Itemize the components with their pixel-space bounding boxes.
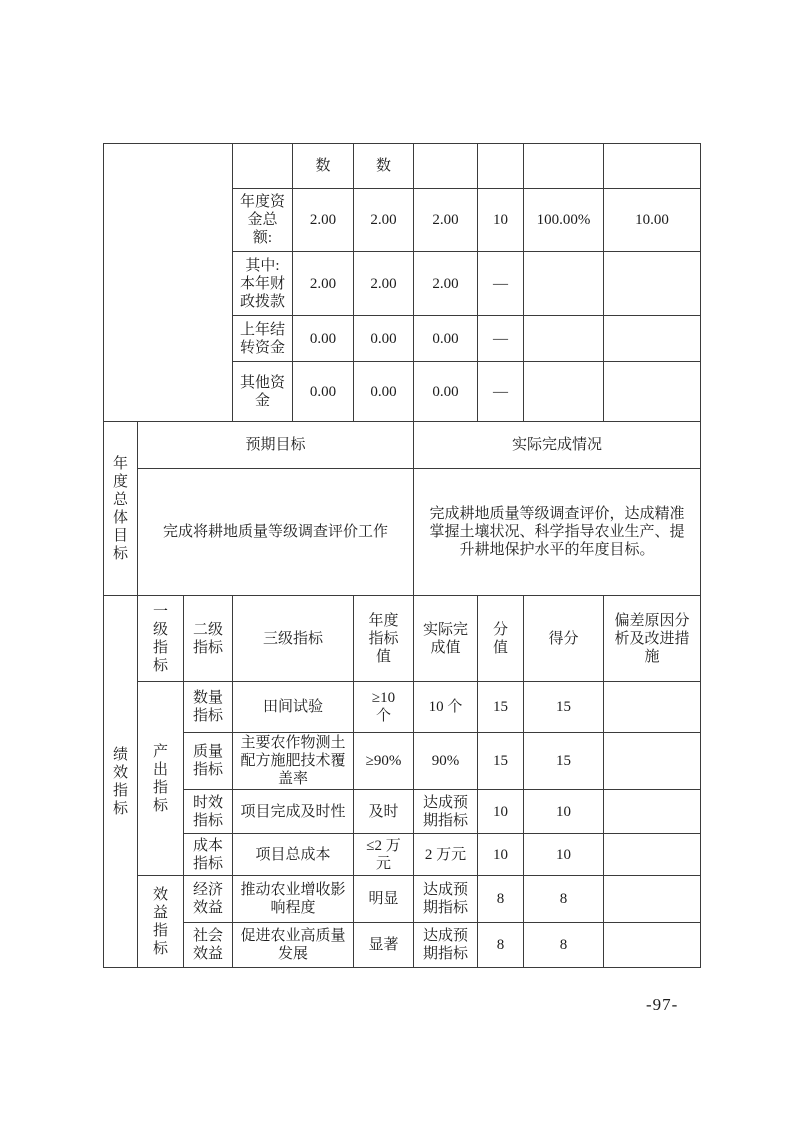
deviation-cell [604, 733, 701, 790]
target-cell: 显著 [354, 923, 414, 968]
points-cell: 15 [524, 682, 604, 733]
funding-points [604, 316, 701, 362]
level2-cell: 经济 效益 [184, 876, 233, 923]
document-page: 数 数 年度资 金总 额: 2.00 2.00 2.00 10 100.00% … [0, 0, 794, 1122]
score-cell: 15 [478, 682, 524, 733]
deviation-cell [604, 876, 701, 923]
actual-cell: 2 万元 [414, 834, 478, 876]
actual-cell: 90% [414, 733, 478, 790]
performance-report-table: 数 数 年度资 金总 额: 2.00 2.00 2.00 10 100.00% … [103, 143, 701, 968]
actual-cell: 达成预 期指标 [414, 923, 478, 968]
carryover-label-cell [233, 144, 293, 189]
deviation-cell [604, 923, 701, 968]
score-cell: 10 [478, 834, 524, 876]
header-level3: 三级指标 [233, 596, 354, 682]
partial-header-execution: 数 [354, 144, 414, 189]
level3-cell: 推动农业增收影 响程度 [233, 876, 354, 923]
funding-rate: 100.00% [524, 189, 604, 252]
deviation-cell [604, 682, 701, 733]
funding-row-label-other: 其他资 金 [233, 362, 293, 422]
points-cell: 8 [524, 923, 604, 968]
funding-rate [524, 362, 604, 422]
funding-score: — [478, 362, 524, 422]
deviation-cell [604, 790, 701, 834]
funding-row-label-fiscal: 其中: 本年财 政拨款 [233, 252, 293, 316]
level3-cell: 田间试验 [233, 682, 354, 733]
funding-value: 0.00 [354, 362, 414, 422]
funding-points: 10.00 [604, 189, 701, 252]
empty-cell [524, 144, 604, 189]
actual-cell: 达成预 期指标 [414, 790, 478, 834]
funding-rate [524, 252, 604, 316]
level3-cell: 项目总成本 [233, 834, 354, 876]
score-cell: 8 [478, 923, 524, 968]
header-actual: 实际完 成值 [414, 596, 478, 682]
funding-value: 0.00 [293, 362, 354, 422]
deviation-cell [604, 834, 701, 876]
target-cell: 及时 [354, 790, 414, 834]
actual-completion-text: 完成耕地质量等级调查评价，达成精准 掌握土壤状况、科学指导农业生产、提 升耕地保… [414, 469, 701, 596]
level1-group-benefit: 效 益 指 标 [138, 876, 184, 968]
funding-row-label-carryover: 上年结 转资金 [233, 316, 293, 362]
funding-value: 0.00 [414, 316, 478, 362]
points-cell: 15 [524, 733, 604, 790]
funding-value: 2.00 [293, 189, 354, 252]
level3-cell: 项目完成及时性 [233, 790, 354, 834]
actual-cell: 10 个 [414, 682, 478, 733]
score-cell: 8 [478, 876, 524, 923]
partial-header-budget: 数 [293, 144, 354, 189]
expected-goal-text: 完成将耕地质量等级调查评价工作 [138, 469, 414, 596]
points-cell: 8 [524, 876, 604, 923]
funding-value: 0.00 [293, 316, 354, 362]
level2-cell: 数量 指标 [184, 682, 233, 733]
funding-points [604, 252, 701, 316]
funding-rate [524, 316, 604, 362]
annual-goal-label: 年 度 总 体 目 标 [104, 422, 138, 596]
target-cell: ≥90% [354, 733, 414, 790]
header-level2: 二级 指标 [184, 596, 233, 682]
performance-section-label: 绩 效 指 标 [104, 596, 138, 968]
points-cell: 10 [524, 790, 604, 834]
funding-value: 0.00 [354, 316, 414, 362]
header-target: 年度 指标 值 [354, 596, 414, 682]
page-number: -97- [646, 995, 678, 1015]
header-level1: 一 级 指 标 [138, 596, 184, 682]
points-cell: 10 [524, 834, 604, 876]
level2-cell: 质量 指标 [184, 733, 233, 790]
level2-cell: 社会 效益 [184, 923, 233, 968]
actual-cell: 达成预 期指标 [414, 876, 478, 923]
funding-row-label-total: 年度资 金总 额: [233, 189, 293, 252]
target-cell: ≤2 万 元 [354, 834, 414, 876]
level1-group-output: 产 出 指 标 [138, 682, 184, 876]
funding-value: 2.00 [354, 189, 414, 252]
funding-value: 2.00 [414, 252, 478, 316]
header-points: 得分 [524, 596, 604, 682]
target-cell: 明显 [354, 876, 414, 923]
funding-value: 2.00 [414, 189, 478, 252]
funding-score: — [478, 316, 524, 362]
funding-value: 0.00 [414, 362, 478, 422]
funding-score: 10 [478, 189, 524, 252]
empty-cell [604, 144, 701, 189]
score-cell: 15 [478, 733, 524, 790]
funding-value: 2.00 [354, 252, 414, 316]
carryover-left-cell [104, 144, 233, 422]
level3-cell: 主要农作物测土 配方施肥技术覆 盖率 [233, 733, 354, 790]
header-deviation: 偏差原因分 析及改进措 施 [604, 596, 701, 682]
funding-points [604, 362, 701, 422]
empty-cell [414, 144, 478, 189]
header-score: 分 值 [478, 596, 524, 682]
level2-cell: 成本 指标 [184, 834, 233, 876]
funding-score: — [478, 252, 524, 316]
actual-completion-header: 实际完成情况 [414, 422, 701, 469]
empty-cell [478, 144, 524, 189]
level2-cell: 时效 指标 [184, 790, 233, 834]
score-cell: 10 [478, 790, 524, 834]
expected-goal-header: 预期目标 [138, 422, 414, 469]
target-cell: ≥10 个 [354, 682, 414, 733]
funding-value: 2.00 [293, 252, 354, 316]
level3-cell: 促进农业高质量 发展 [233, 923, 354, 968]
